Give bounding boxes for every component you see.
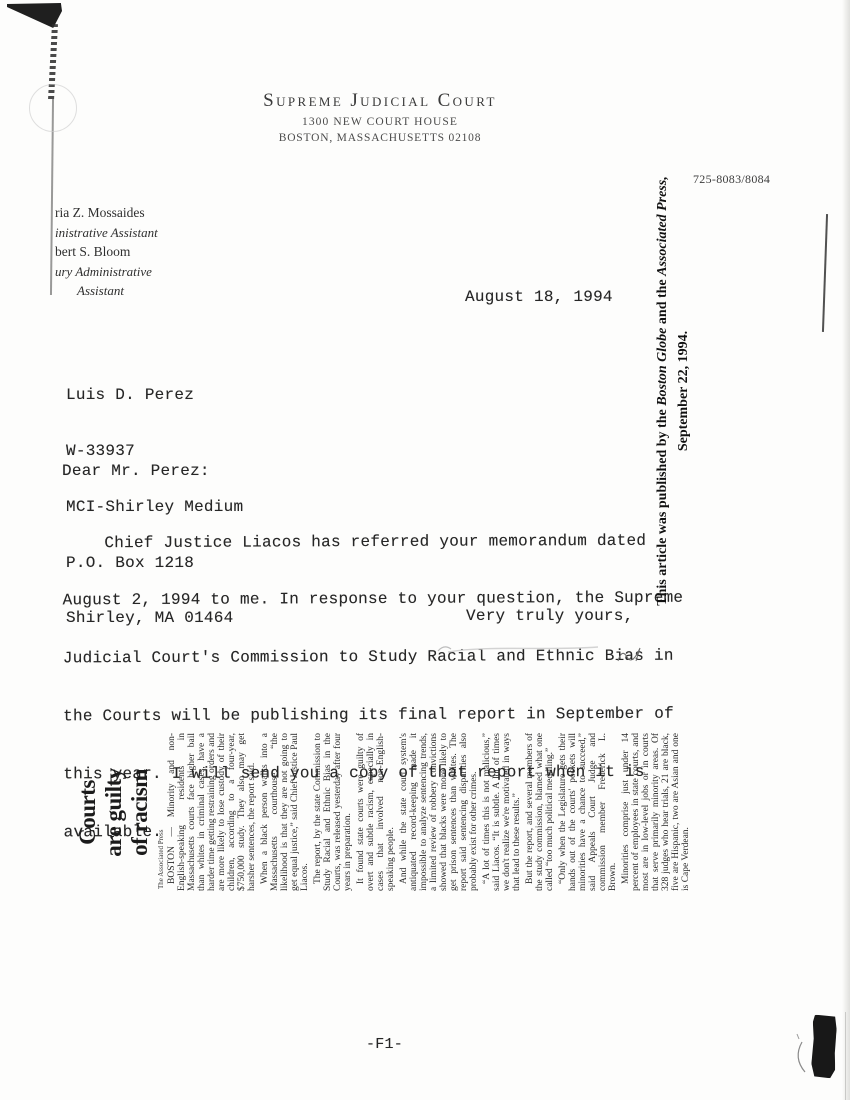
- letter-date: August 18, 1994: [465, 288, 613, 306]
- clipping-source-caption-text: This article was published by the Boston…: [652, 172, 700, 610]
- article-paragraph: BOSTON — Minority and non-English-speaki…: [167, 733, 257, 891]
- staff-name-line: ria Z. Mossaides: [55, 203, 158, 223]
- article-paragraph: But the report, and several members of t…: [525, 733, 555, 891]
- caption-source-ap: Associated Press,: [655, 176, 670, 276]
- page-number: -F1-: [366, 1036, 403, 1053]
- signature-scribble: [430, 630, 670, 675]
- headline-line: of racism: [127, 734, 153, 891]
- letterhead-address-line1: 1300 NEW COURT HOUSE: [225, 116, 535, 128]
- scan-circle-mark: [29, 84, 77, 132]
- letterhead-phone-number: 725-8083/8084: [693, 172, 770, 187]
- salutation: Dear Mr. Perez:: [62, 462, 210, 480]
- article-headline: Courts are guilty of racism: [75, 734, 153, 891]
- article-byline: The Associated Press: [157, 714, 165, 889]
- caption-prefix: This article was published by the: [655, 406, 670, 606]
- scan-hook-mark: [790, 1030, 820, 1090]
- caption-source-globe: Boston Globe: [655, 328, 670, 406]
- article-paragraph: “A lot of times this is not malicious,” …: [482, 733, 522, 891]
- staff-title-line: inistrative Assistant: [55, 223, 158, 243]
- headline-line: are guilty: [101, 734, 127, 891]
- clipping-source-caption: This article was published by the Boston…: [652, 562, 702, 1002]
- article-paragraph: When a black person walks into a Massach…: [260, 733, 310, 891]
- scanned-letter-page: Supreme Judicial Court 1300 NEW COURT HO…: [0, 0, 850, 1100]
- staff-title-line: ury Administrative: [55, 262, 158, 282]
- staff-names-block: ria Z. Mossaides inistrative Assistant b…: [55, 203, 158, 301]
- letterhead: Supreme Judicial Court 1300 NEW COURT HO…: [225, 90, 535, 144]
- staff-name-line: bert S. Bloom: [55, 242, 158, 262]
- article-paragraph: The report, by the state Commission to S…: [313, 733, 353, 891]
- recipient-name: Luis D. Perez: [66, 386, 243, 405]
- scan-edge-line: [845, 1012, 846, 1100]
- caption-line2: September 22, 1994.: [673, 172, 694, 610]
- article-paragraph: It found state courts were guilty of ove…: [356, 733, 396, 891]
- article-paragraph: “Only when the Legislature gets their ha…: [558, 733, 618, 891]
- newspaper-clipping-content: Courts are guilty of racism The Associat…: [73, 714, 648, 909]
- closing-phrase: Very truly yours,: [466, 607, 633, 625]
- page-edge-shadow: [842, 0, 850, 1100]
- article-paragraph: And while the state court system's antiq…: [399, 733, 479, 891]
- staff-title-line: Assistant: [55, 281, 158, 301]
- letterhead-court-name: Supreme Judicial Court: [225, 90, 535, 112]
- newspaper-clipping: Courts are guilty of racism The Associat…: [73, 714, 648, 909]
- article-body: BOSTON — Minority and non-English-speaki…: [167, 733, 691, 891]
- scan-right-line: [822, 214, 828, 332]
- headline-line: Courts: [75, 734, 101, 891]
- caption-middle: and the: [655, 276, 670, 328]
- letter-body-line: Chief Justice Liacos has referred your m…: [62, 531, 683, 553]
- recipient-id: W-33937: [66, 442, 243, 461]
- letterhead-address-line2: BOSTON, MASSACHUSETTS 02108: [225, 132, 535, 144]
- caption-line1: This article was published by the Boston…: [652, 172, 673, 610]
